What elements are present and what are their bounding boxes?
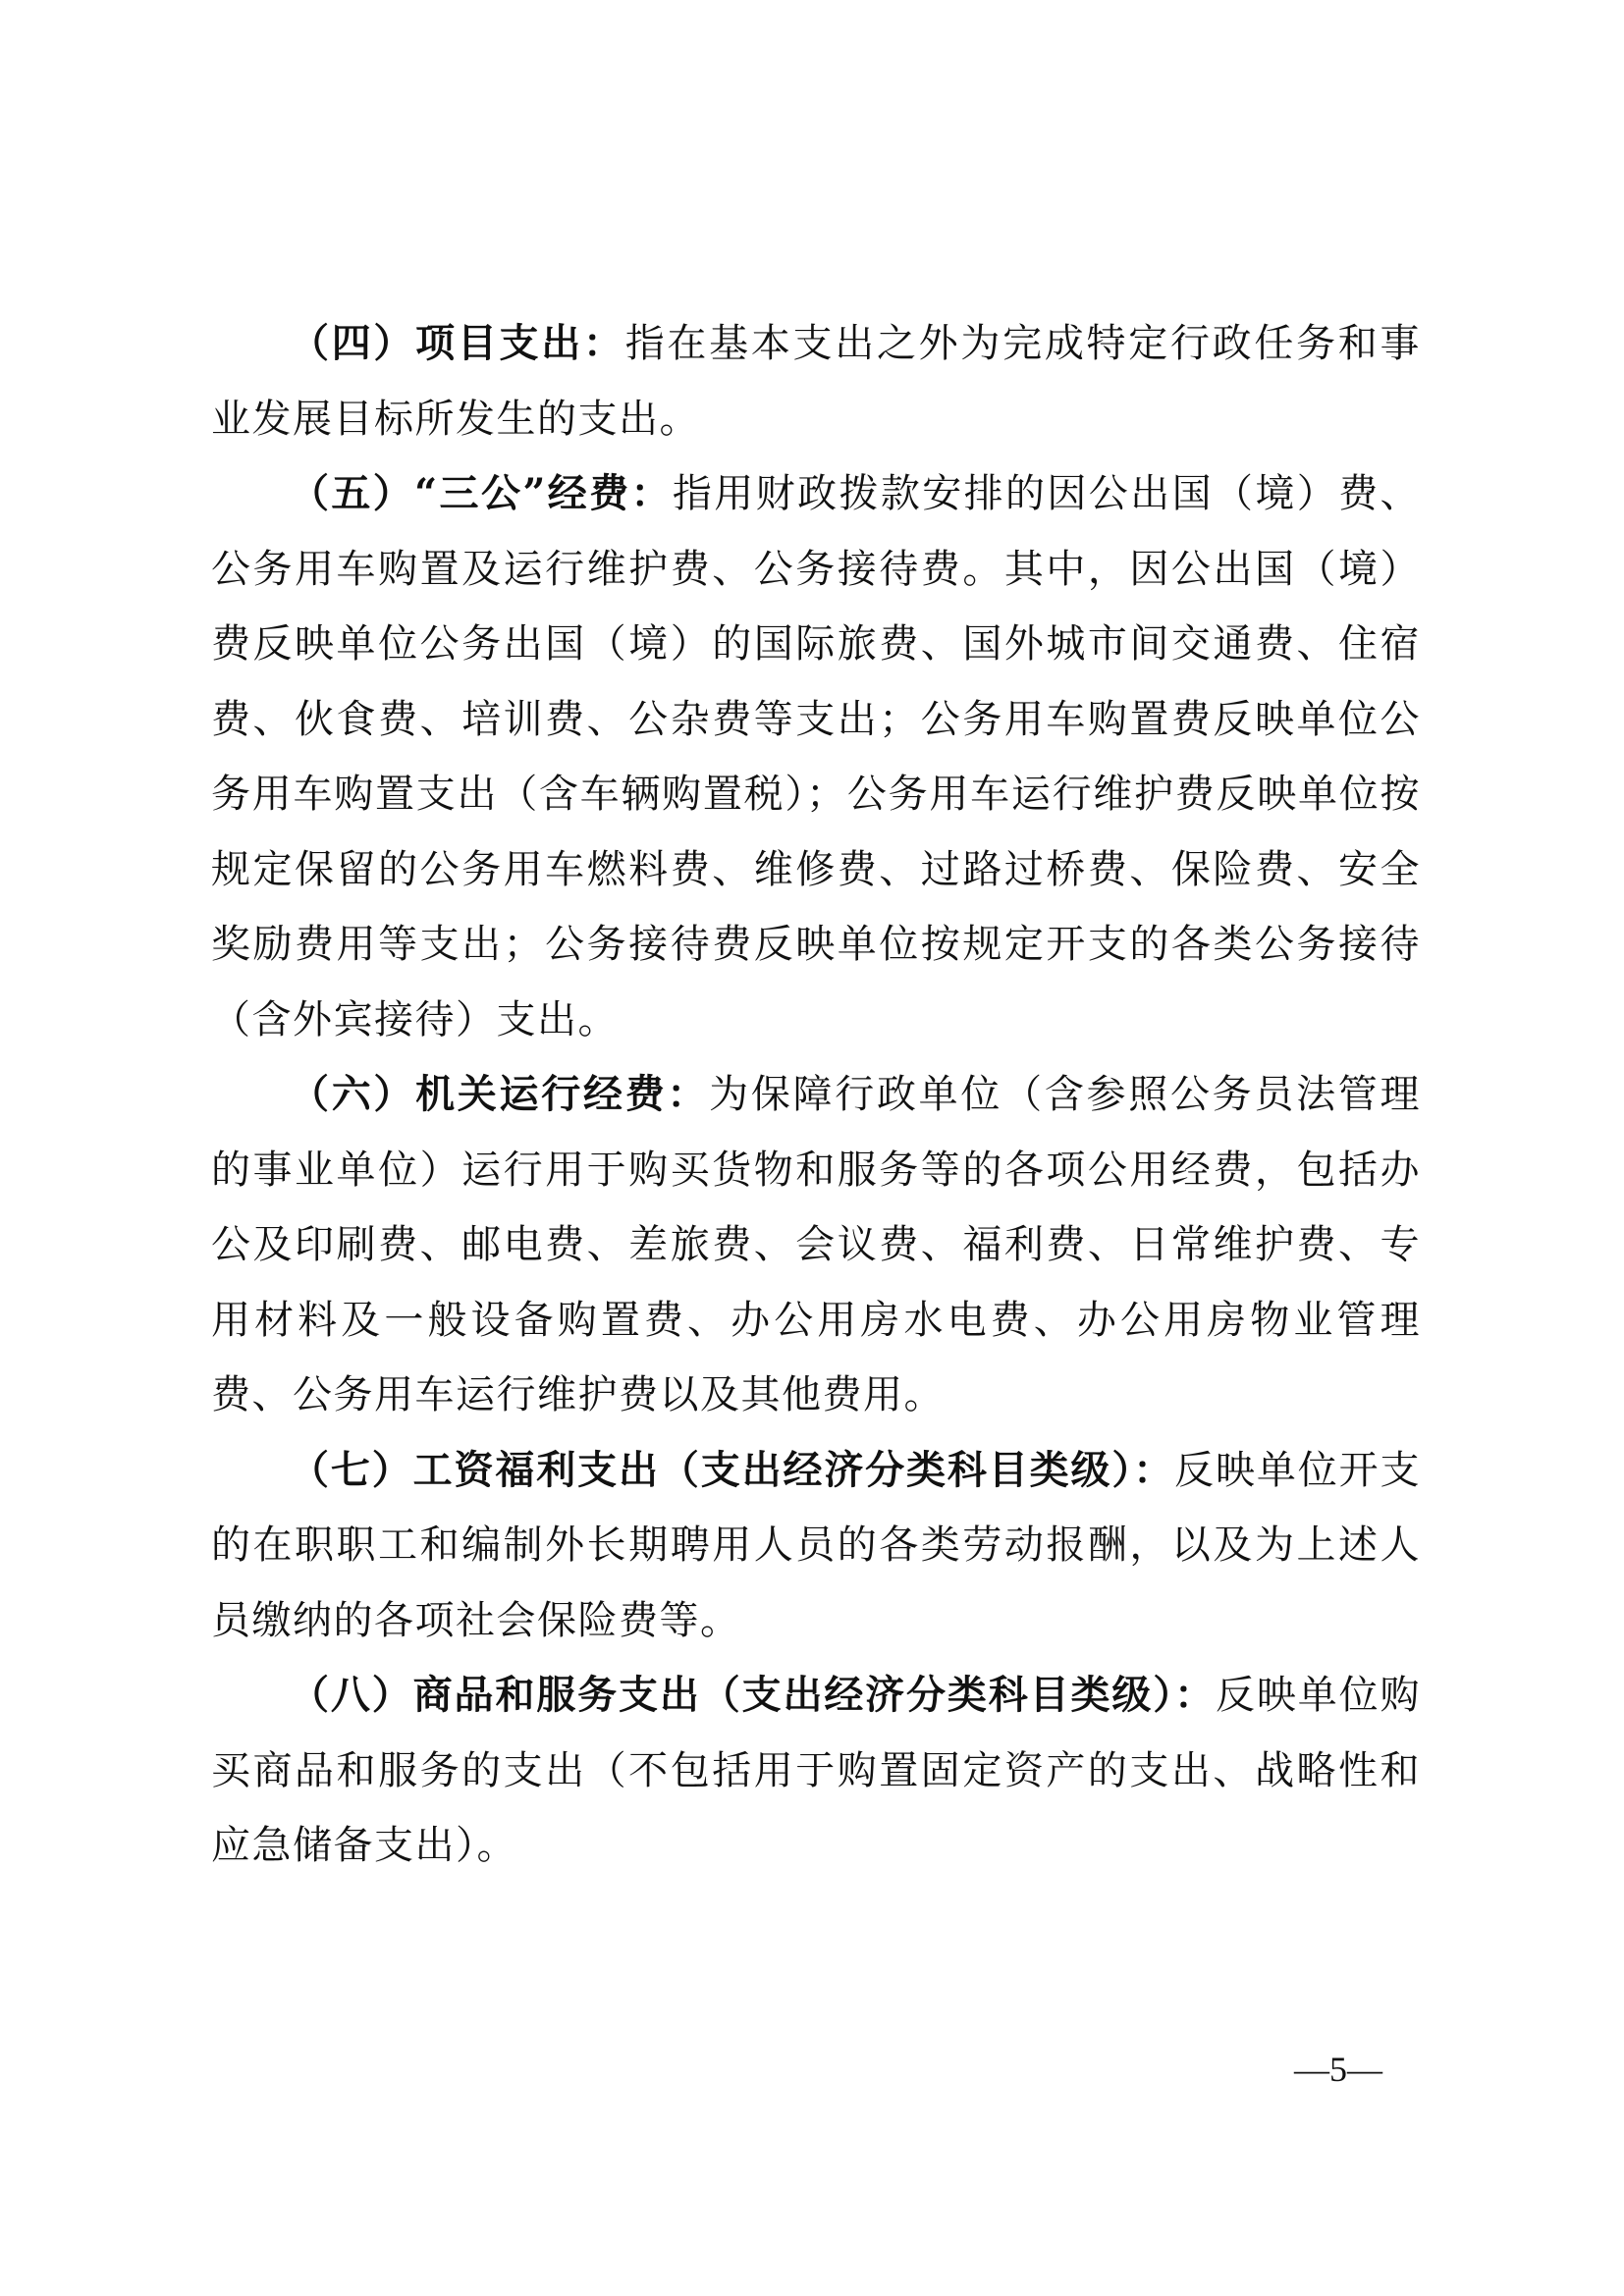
paragraph-salary-welfare-expenditure: （七）工资福利支出（支出经济分类科目类级）：反映单位开支的在职职工和编制外长期聘… — [211, 1433, 1421, 1659]
paragraph-agency-operating-expenses: （六）机关运行经费：为保障行政单位（含参照公务员法管理的事业单位）运行用于购买货… — [211, 1057, 1421, 1433]
paragraph-heading: （六）机关运行经费： — [290, 1071, 709, 1117]
paragraph-text: 指用财政拨款安排的因公出国（境）费、公务用车购置及运行维护费、公务接待费。其中，… — [211, 471, 1421, 1042]
paragraph-heading: （五）“三公”经费： — [290, 470, 673, 516]
paragraph-project-expenditure: （四）项目支出：指在基本支出之外为完成特定行政任务和事业发展目标所发生的支出。 — [211, 306, 1421, 456]
document-body: （四）项目支出：指在基本支出之外为完成特定行政任务和事业发展目标所发生的支出。 … — [211, 306, 1421, 1884]
paragraph-text: 为保障行政单位（含参照公务员法管理的事业单位）运行用于购买货物和服务等的各项公用… — [211, 1072, 1421, 1417]
page-number: —5— — [1294, 2050, 1382, 2089]
paragraph-heading: （四）项目支出： — [290, 320, 625, 366]
paragraph-goods-services-expenditure: （八）商品和服务支出（支出经济分类科目类级）：反映单位购买商品和服务的支出（不包… — [211, 1658, 1421, 1884]
paragraph-heading: （八）商品和服务支出（支出经济分类科目类级）： — [290, 1672, 1216, 1718]
paragraph-heading: （七）工资福利支出（支出经济分类科目类级）： — [290, 1447, 1174, 1493]
paragraph-three-public-expenses: （五）“三公”经费：指用财政拨款安排的因公出国（境）费、公务用车购置及运行维护费… — [211, 456, 1421, 1057]
